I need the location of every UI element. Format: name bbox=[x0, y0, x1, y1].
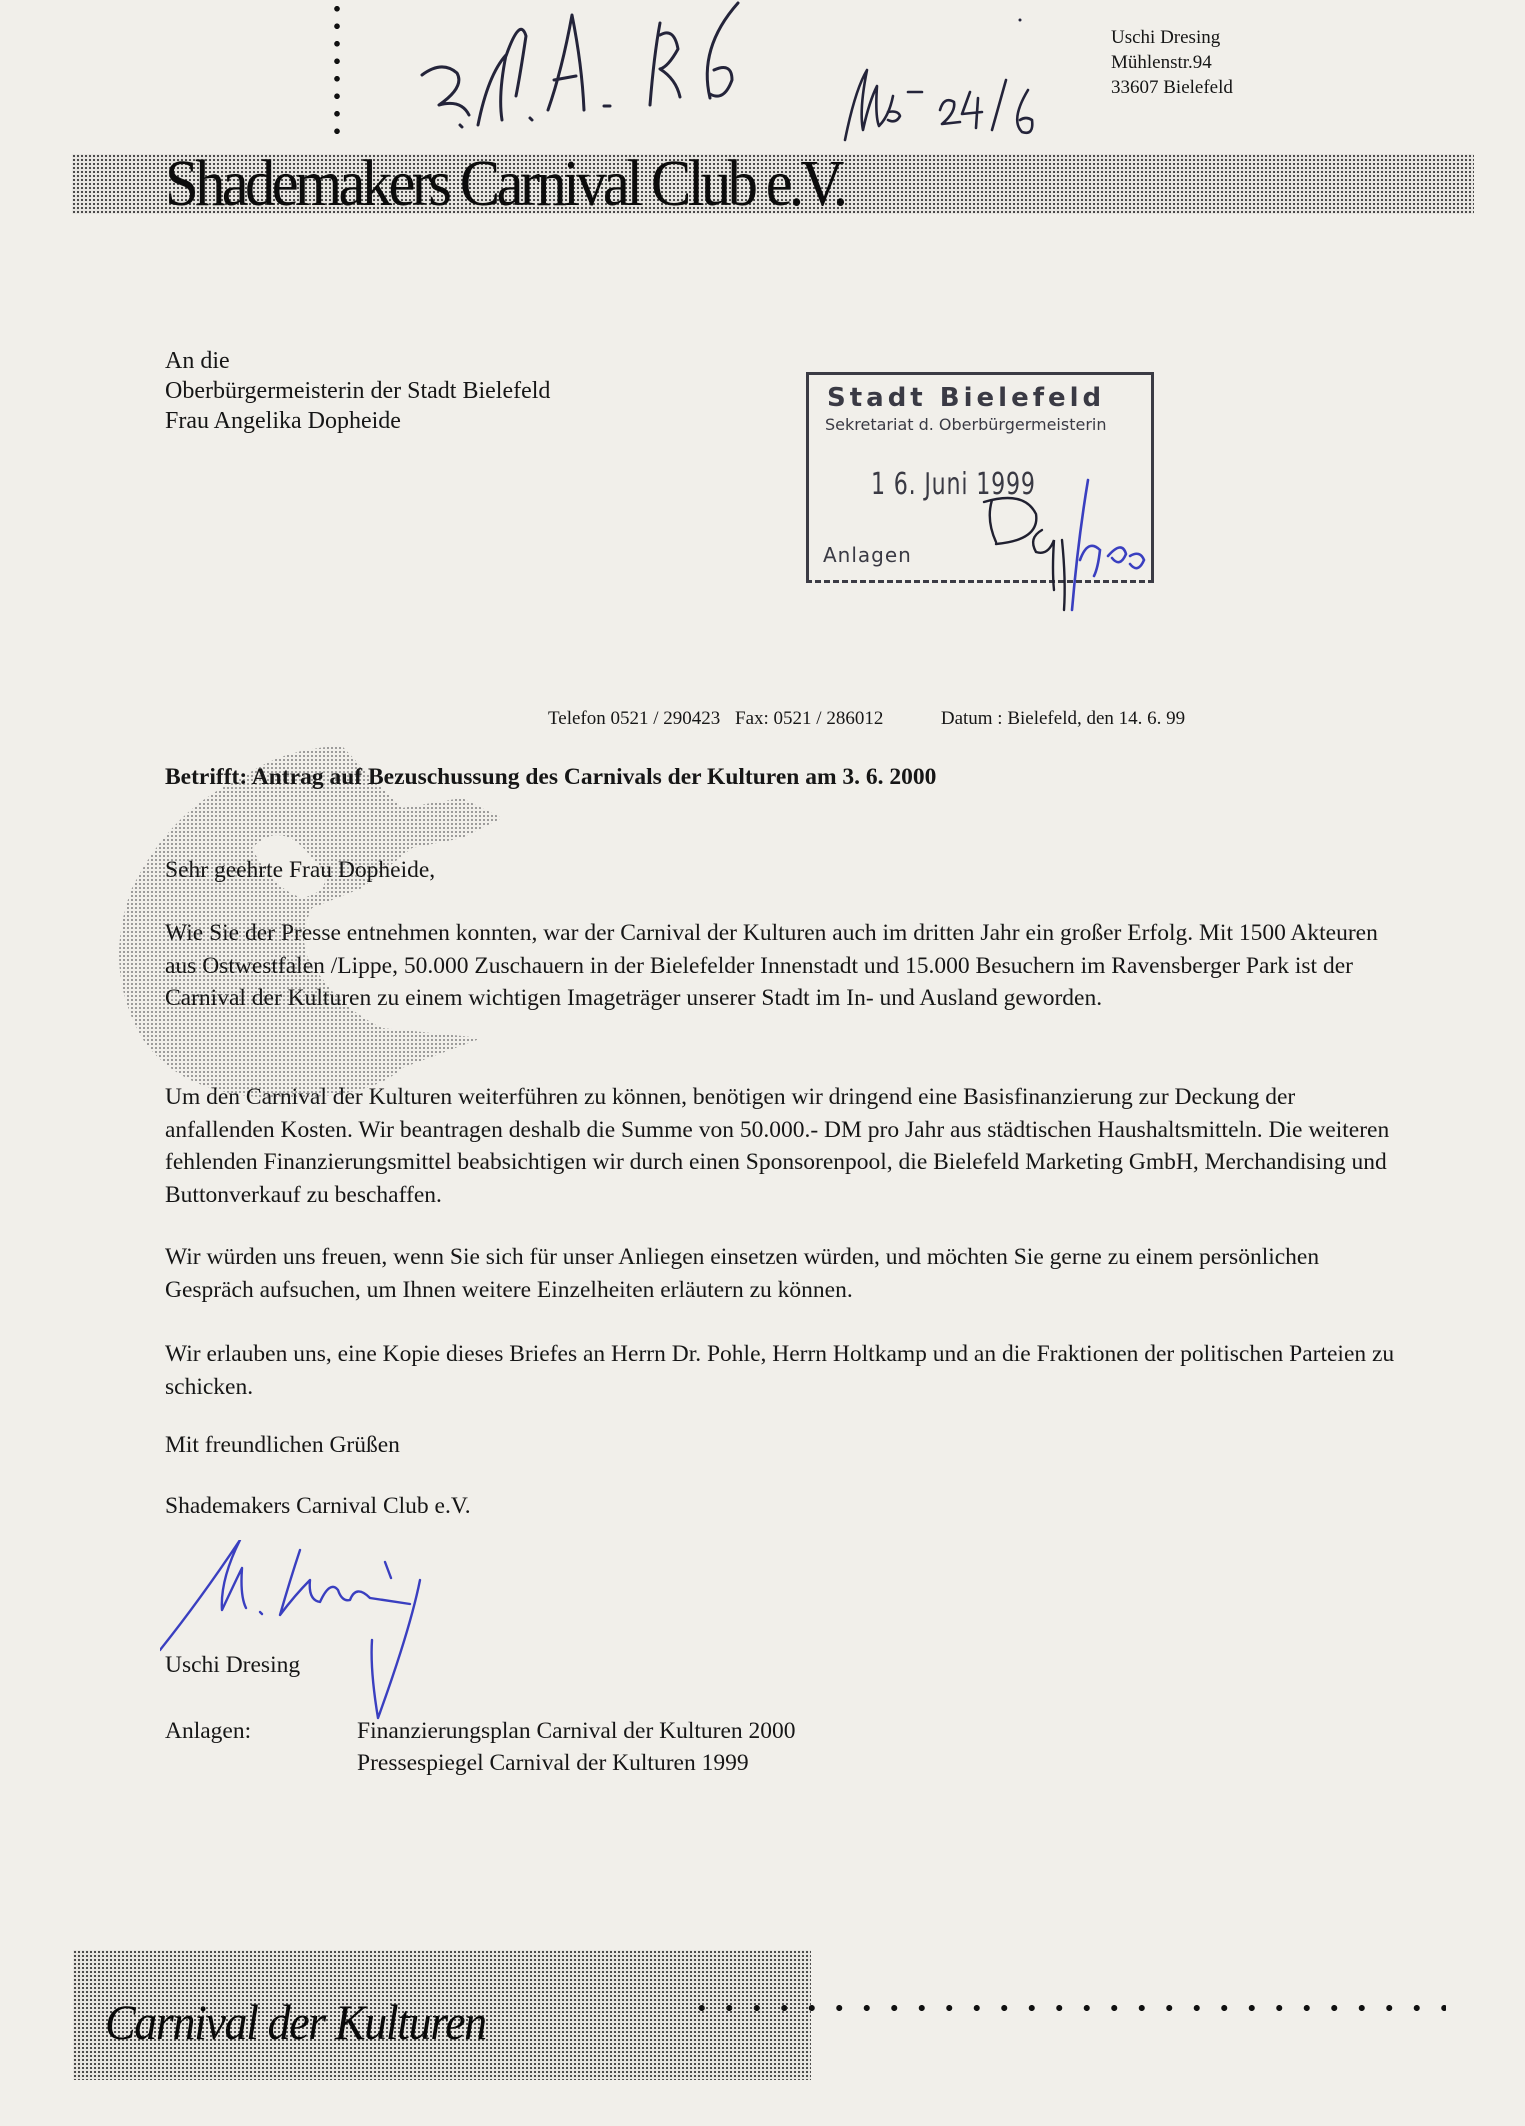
sender-city: 33607 Bielefeld bbox=[1111, 75, 1233, 100]
letter-salutation: Sehr geehrte Frau Dopheide, bbox=[165, 857, 435, 884]
enclosures-label: Anlagen: bbox=[165, 1715, 251, 1747]
stamp-enclosures-label: Anlagen bbox=[823, 543, 912, 567]
signing-organization: Shademakers Carnival Club e.V. bbox=[165, 1493, 471, 1520]
recipient-line-3: Frau Angelika Dopheide bbox=[165, 406, 550, 436]
sender-street: Mühlenstr.94 bbox=[1111, 50, 1233, 75]
phone-number: Telefon 0521 / 290423 bbox=[548, 708, 720, 729]
letter-closing: Mit freundlichen Grüßen bbox=[165, 1432, 400, 1459]
recipient-address: An die Oberbürgermeisterin der Stadt Bie… bbox=[165, 346, 550, 436]
body-paragraph: Wir erlauben uns, eine Kopie dieses Brie… bbox=[165, 1338, 1395, 1403]
letter-subject: Betrifft: Antrag auf Bezuschussung des C… bbox=[165, 764, 936, 791]
footer-title: Carnival der Kulturen bbox=[105, 1993, 486, 2051]
handwritten-signature bbox=[160, 1540, 600, 1720]
sender-address: Uschi Dresing Mühlenstr.94 33607 Bielefe… bbox=[1111, 25, 1233, 100]
stamp-title: Stadt Bielefeld bbox=[827, 383, 1105, 413]
recipient-line-1: An die bbox=[165, 346, 550, 376]
recipient-line-2: Oberbürgermeisterin der Stadt Bielefeld bbox=[165, 376, 550, 406]
fax-number: Fax: 0521 / 286012 bbox=[735, 708, 883, 729]
contact-line: Telefon 0521 / 290423 Fax: 0521 / 286012… bbox=[548, 708, 1195, 730]
dotted-rule-vertical bbox=[333, 0, 341, 140]
dotted-rule-horizontal bbox=[688, 2002, 1446, 2014]
signer-name: Uschi Dresing bbox=[165, 1652, 300, 1679]
letter-date: Datum : Bielefeld, den 14. 6. 99 bbox=[941, 708, 1185, 729]
handwritten-filing-note bbox=[420, 0, 1120, 150]
stamp-subtitle: Sekretariat d. Oberbürgermeisterin bbox=[825, 415, 1106, 434]
sender-name: Uschi Dresing bbox=[1111, 25, 1233, 50]
letterhead-title: Shademakers Carnival Club e.V. bbox=[165, 146, 844, 222]
enclosure-item: Finanzierungsplan Carnival der Kulturen … bbox=[357, 1715, 796, 1747]
body-paragraph: Um den Carnival der Kulturen weiterführe… bbox=[165, 1081, 1395, 1211]
stamp-handwritten-initials bbox=[970, 470, 1160, 620]
enclosure-item: Pressespiegel Carnival der Kulturen 1999 bbox=[357, 1747, 796, 1779]
body-paragraph: Wir würden uns freuen, wenn Sie sich für… bbox=[165, 1241, 1395, 1306]
body-paragraph: Wie Sie der Presse entnehmen konnten, wa… bbox=[165, 917, 1395, 1015]
